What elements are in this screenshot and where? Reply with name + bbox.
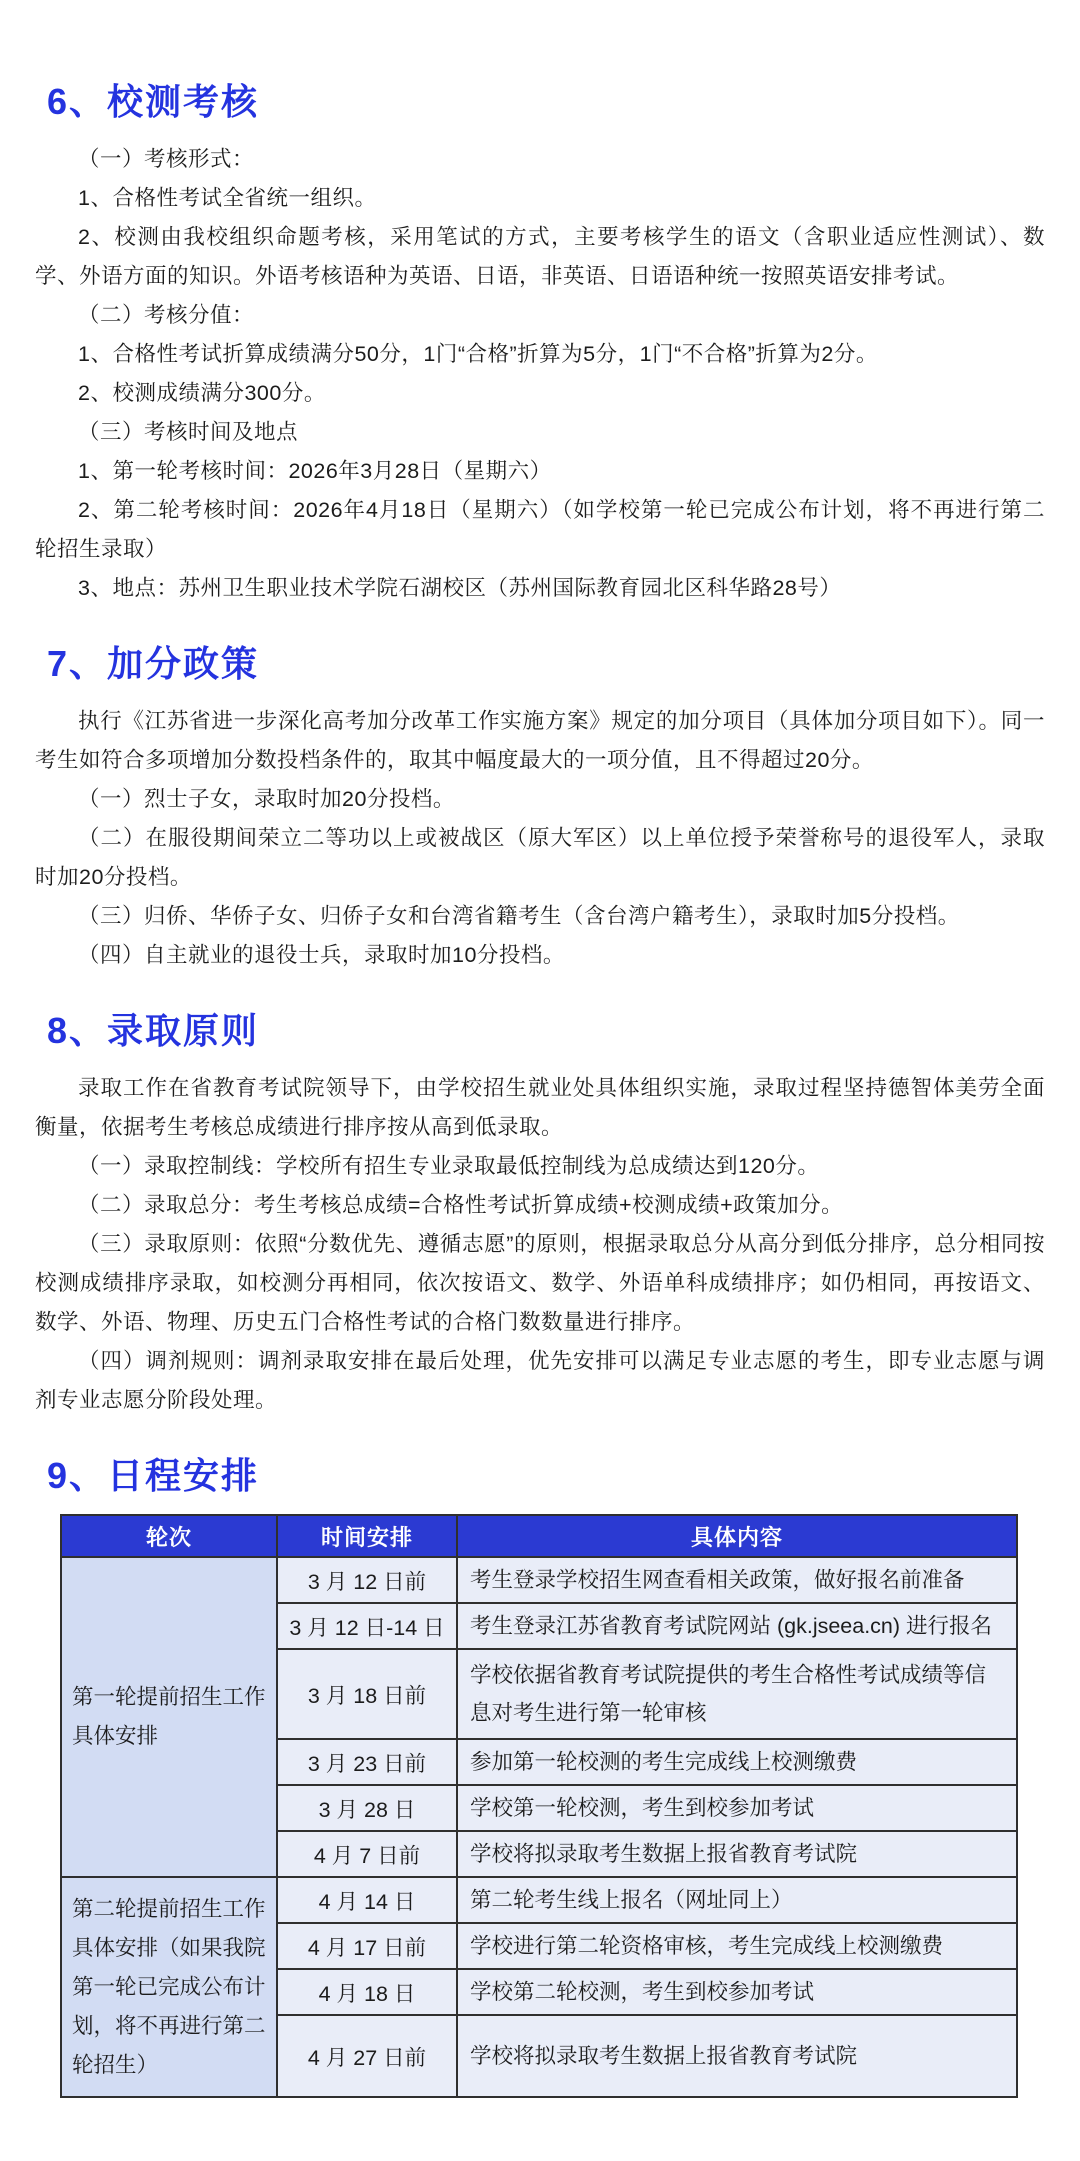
header-cell-time: 时间安排 — [277, 1515, 457, 1557]
round-cell: 第一轮提前招生工作具体安排 — [61, 1557, 277, 1877]
content-cell: 学校进行第二轮资格审核，考生完成线上校测缴费 — [457, 1923, 1017, 1969]
table-row: 第二轮提前招生工作具体安排（如果我院第一轮已完成公布计划，将不再进行第二轮招生）… — [61, 1877, 1017, 1923]
content-cell: 学校将拟录取考生数据上报省教育考试院 — [457, 1831, 1017, 1877]
content-cell: 考生登录学校招生网查看相关政策，做好报名前准备 — [457, 1557, 1017, 1603]
time-cell: 3 月 12 日-14 日 — [277, 1603, 457, 1649]
time-cell: 3 月 23 日前 — [277, 1739, 457, 1785]
section-bonus-policy: 7、加分政策 执行《江苏省进一步深化高考加分改革工作实施方案》规定的加分项目（具… — [35, 642, 1045, 975]
paragraph: （四）自主就业的退役士兵，录取时加10分投档。 — [35, 936, 1045, 975]
section-title: 8、录取原则 — [47, 1009, 1045, 1053]
paragraph: 录取工作在省教育考试院领导下，由学校招生就业处具体组织实施，录取过程坚持德智体美… — [35, 1069, 1045, 1147]
section-title: 6、校测考核 — [47, 80, 1045, 124]
paragraph: （二）录取总分：考生考核总成绩=合格性考试折算成绩+校测成绩+政策加分。 — [35, 1186, 1045, 1225]
paragraph: 2、校测由我校组织命题考核，采用笔试的方式，主要考核学生的语文（含职业适应性测试… — [35, 218, 1045, 296]
paragraph: 3、地点：苏州卫生职业技术学院石湖校区（苏州国际教育园北区科华路28号） — [35, 569, 1045, 608]
paragraph: （三）归侨、华侨子女、归侨子女和台湾省籍考生（含台湾户籍考生），录取时加5分投档… — [35, 897, 1045, 936]
paragraph: 1、合格性考试折算成绩满分50分，1门“合格”折算为5分，1门“不合格”折算为2… — [35, 335, 1045, 374]
section-title: 9、日程安排 — [47, 1454, 1045, 1498]
time-cell: 4 月 17 日前 — [277, 1923, 457, 1969]
content-cell: 学校第一轮校测，考生到校参加考试 — [457, 1785, 1017, 1831]
table-row: 第一轮提前招生工作具体安排 3 月 12 日前 考生登录学校招生网查看相关政策，… — [61, 1557, 1017, 1603]
paragraph: （二）在服役期间荣立二等功以上或被战区（原大军区）以上单位授予荣誉称号的退役军人… — [35, 819, 1045, 897]
content-cell: 第二轮考生线上报名（网址同上） — [457, 1877, 1017, 1923]
paragraph: （四）调剂规则：调剂录取安排在最后处理，优先安排可以满足专业志愿的考生，即专业志… — [35, 1342, 1045, 1420]
paragraph: （二）考核分值： — [35, 296, 1045, 335]
paragraph: 1、合格性考试全省统一组织。 — [35, 179, 1045, 218]
content-cell: 学校第二轮校测，考生到校参加考试 — [457, 1969, 1017, 2015]
paragraph: （一）录取控制线：学校所有招生专业录取最低控制线为总成绩达到120分。 — [35, 1147, 1045, 1186]
schedule-table: 轮次 时间安排 具体内容 第一轮提前招生工作具体安排 3 月 12 日前 考生登… — [60, 1514, 1018, 2098]
time-cell: 3 月 18 日前 — [277, 1649, 457, 1739]
paragraph: （三）录取原则：依照“分数优先、遵循志愿”的原则，根据录取总分从高分到低分排序，… — [35, 1225, 1045, 1342]
section-admission-principles: 8、录取原则 录取工作在省教育考试院领导下，由学校招生就业处具体组织实施，录取过… — [35, 1009, 1045, 1420]
time-cell: 4 月 14 日 — [277, 1877, 457, 1923]
time-cell: 3 月 28 日 — [277, 1785, 457, 1831]
paragraph: 1、第一轮考核时间：2026年3月28日（星期六） — [35, 452, 1045, 491]
time-cell: 4 月 27 日前 — [277, 2015, 457, 2097]
paragraph: （三）考核时间及地点 — [35, 413, 1045, 452]
time-cell: 3 月 12 日前 — [277, 1557, 457, 1603]
table-header-row: 轮次 时间安排 具体内容 — [61, 1515, 1017, 1557]
section-title: 7、加分政策 — [47, 642, 1045, 686]
paragraph: 执行《江苏省进一步深化高考加分改革工作实施方案》规定的加分项目（具体加分项目如下… — [35, 702, 1045, 780]
section-exam-assessment: 6、校测考核 （一）考核形式： 1、合格性考试全省统一组织。 2、校测由我校组织… — [35, 80, 1045, 608]
content-cell: 学校将拟录取考生数据上报省教育考试院 — [457, 2015, 1017, 2097]
paragraph: 2、第二轮考核时间：2026年4月18日（星期六）（如学校第一轮已完成公布计划，… — [35, 491, 1045, 569]
content-cell: 参加第一轮校测的考生完成线上校测缴费 — [457, 1739, 1017, 1785]
header-cell-round: 轮次 — [61, 1515, 277, 1557]
paragraph: （一）考核形式： — [35, 140, 1045, 179]
content-cell: 考生登录江苏省教育考试院网站 (gk.jseea.cn) 进行报名 — [457, 1603, 1017, 1649]
document-page: 6、校测考核 （一）考核形式： 1、合格性考试全省统一组织。 2、校测由我校组织… — [0, 0, 1080, 2098]
time-cell: 4 月 7 日前 — [277, 1831, 457, 1877]
paragraph: 2、校测成绩满分300分。 — [35, 374, 1045, 413]
schedule-table-container: 轮次 时间安排 具体内容 第一轮提前招生工作具体安排 3 月 12 日前 考生登… — [60, 1514, 1045, 2098]
header-cell-content: 具体内容 — [457, 1515, 1017, 1557]
section-schedule: 9、日程安排 轮次 时间安排 具体内容 第一轮提前招生工 — [35, 1454, 1045, 2098]
time-cell: 4 月 18 日 — [277, 1969, 457, 2015]
paragraph: （一）烈士子女，录取时加20分投档。 — [35, 780, 1045, 819]
content-cell: 学校依据省教育考试院提供的考生合格性考试成绩等信息对考生进行第一轮审核 — [457, 1649, 1017, 1739]
round-cell: 第二轮提前招生工作具体安排（如果我院第一轮已完成公布计划，将不再进行第二轮招生） — [61, 1877, 277, 2097]
